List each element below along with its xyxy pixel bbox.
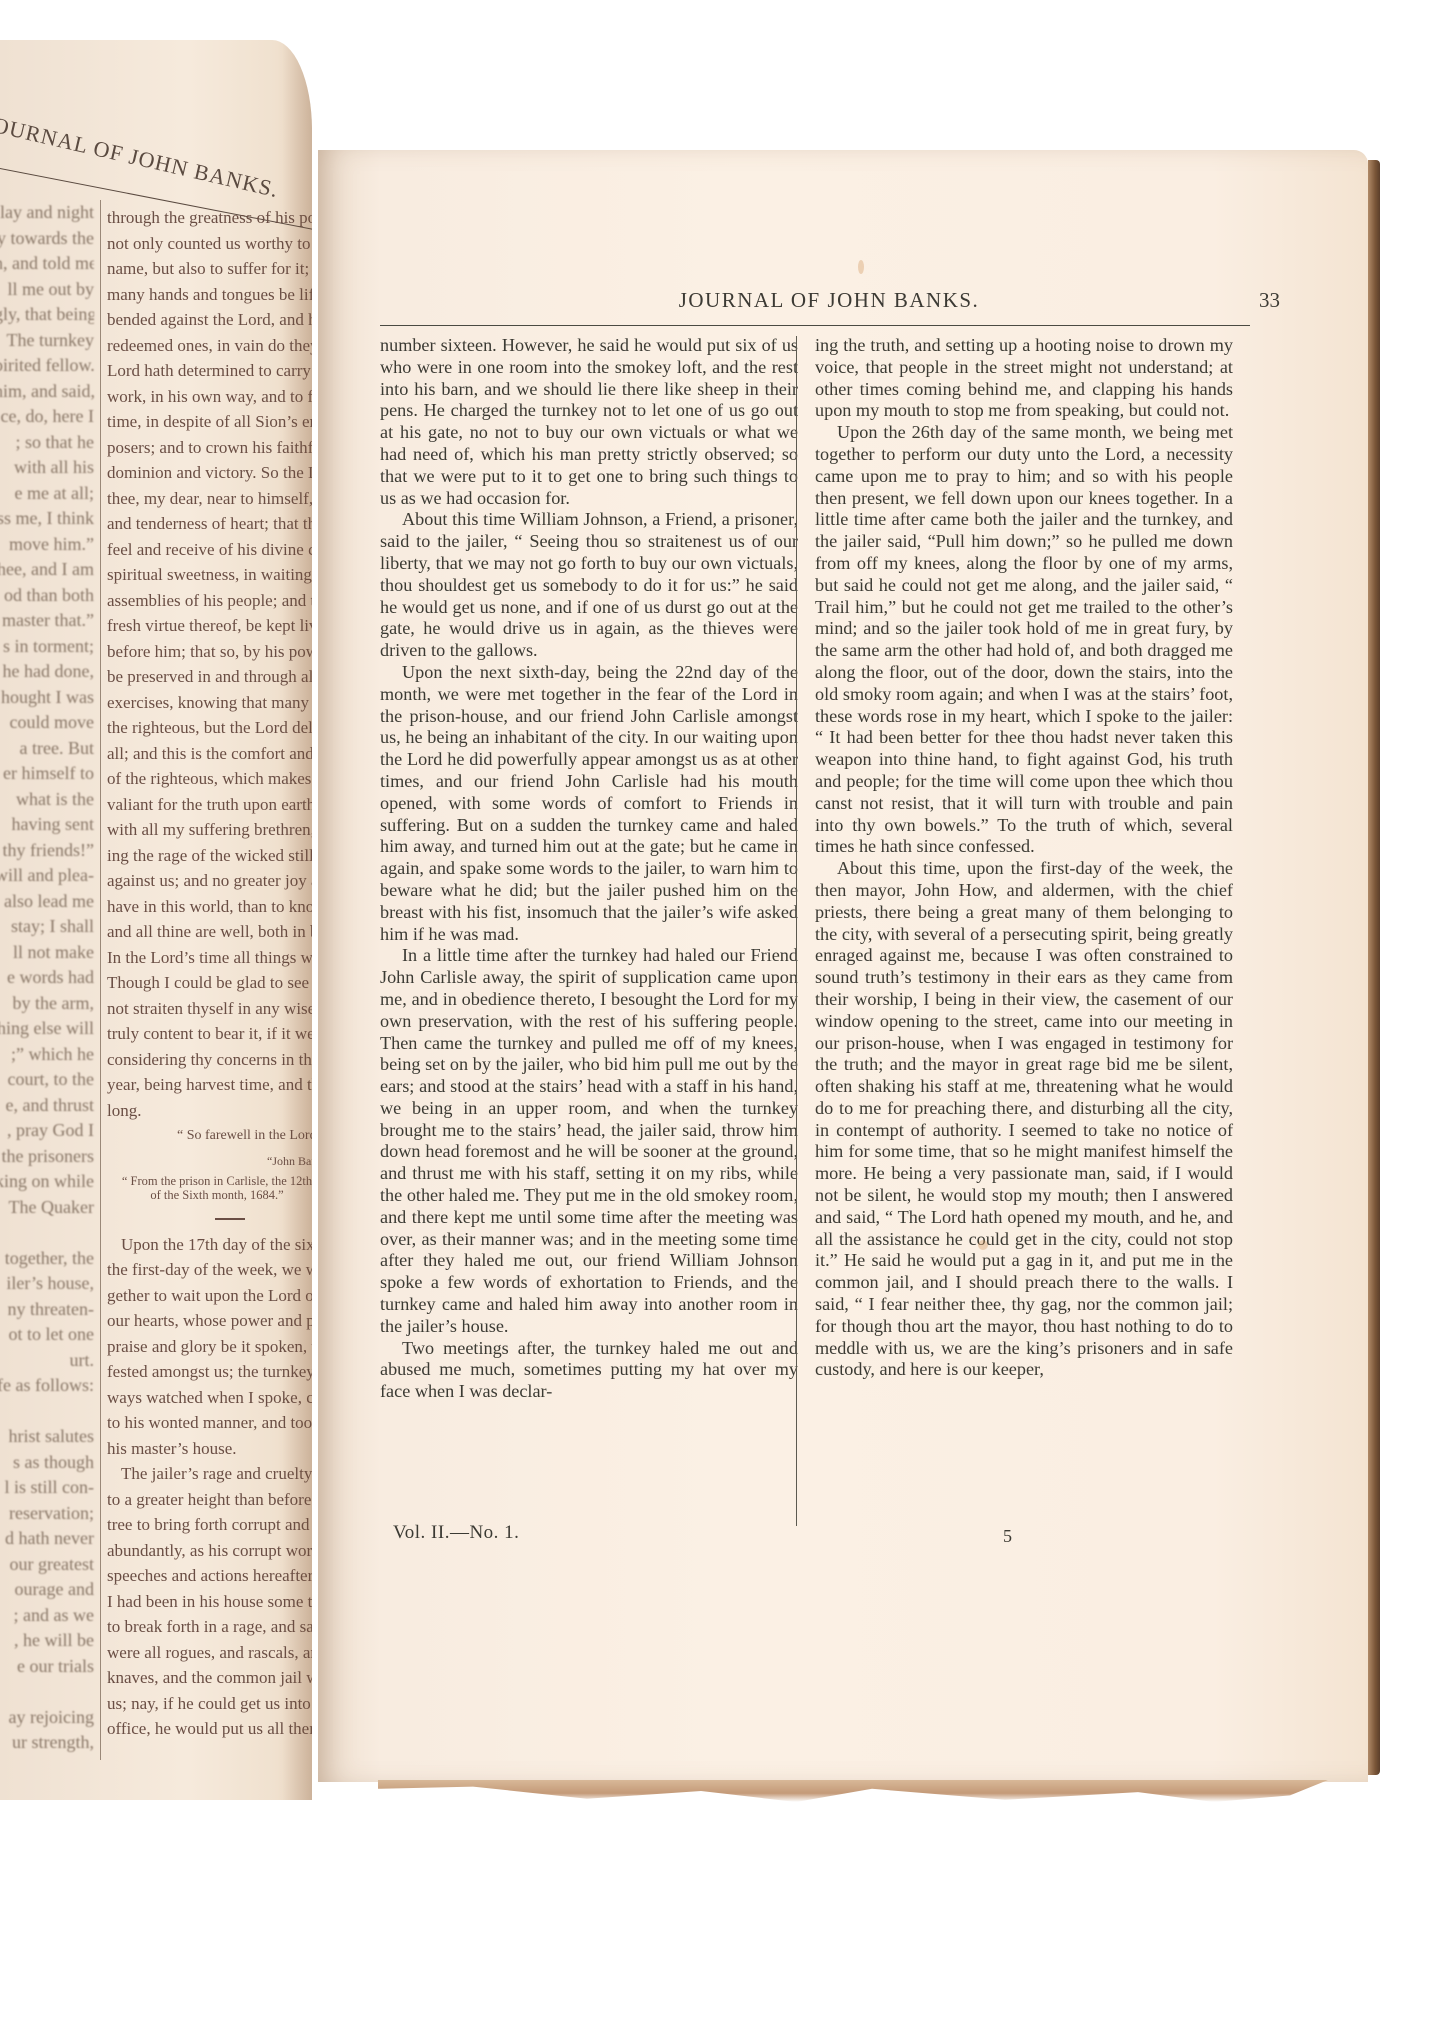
text-line: before him; that so, by his power thou m [107,639,312,665]
text-line: by the arm, [0,991,94,1017]
running-head: JOURNAL OF JOHN BANKS. 33 [378,288,1280,316]
text-line: The Quaker [0,1195,94,1221]
text-line: praise and glory be it spoken, was daily… [107,1334,312,1360]
text-line: spiritual sweetness, in waiting upon him… [107,562,312,588]
text-line: “ So farewell in the Lord. [107,1123,312,1149]
book-page-edges [1368,160,1380,1775]
text-line: urt. [0,1348,94,1374]
volume-signature-mark: Vol. II.—No. 1. [393,1522,519,1544]
text-line: lay and night [0,200,94,226]
text-line: posers; and to crown his faithful ones w [107,435,312,461]
text-line: all; and this is the comfort and encoura… [107,741,312,767]
text-line: our hearts, whose power and presence, to [107,1308,312,1334]
text-line: “ From the prison in Carlisle, the 12th … [107,1174,312,1206]
text-line: assemblies of his people; and through [107,588,312,614]
text-line: with all his [0,455,94,481]
page-number: 33 [1259,288,1280,313]
text-line: s in torment; [0,634,94,660]
text-line: him, and said, [0,379,94,405]
left-running-head: OURNAL OF JOHN BANKS. [0,112,281,203]
text-line: d hath never [0,1526,94,1552]
text-line: Though I could be glad to see thee here, [107,970,312,996]
text-line: king on while [0,1169,94,1195]
text-line: exercises, knowing that many are the tri… [107,690,312,716]
paragraph: About this time William Johnson, a Frien… [380,509,798,662]
text-line [0,1679,94,1705]
text-line: fresh virtue thereof, be kept living and… [107,613,312,639]
text-line: court, to the [0,1067,94,1093]
right-page: JOURNAL OF JOHN BANKS. 33 number sixteen… [318,150,1368,1782]
text-line: ll me out by [0,277,94,303]
text-line: y towards the [0,226,94,252]
section-rule [107,1206,312,1232]
text-line: e, and thrust [0,1093,94,1119]
paragraph: Two meetings after, the turnkey haled me… [380,1338,798,1403]
text-line: considering thy concerns in this season … [107,1047,312,1073]
text-line: ot to let one [0,1322,94,1348]
text-line: er himself to [0,761,94,787]
text-line: iler’s house, [0,1271,94,1297]
paragraph: ing the truth, and setting up a hooting … [815,335,1233,422]
text-line: , pray God I [0,1118,94,1144]
text-line: gly, that being [0,302,94,328]
paragraph: number sixteen. However, he said he woul… [380,335,798,509]
text-line: fested amongst us; the turnkey, who now [107,1359,312,1385]
text-line: ce, do, here I [0,404,94,430]
paragraph: About this time, upon the first-day of t… [815,858,1233,1381]
text-line: ourage and [0,1577,94,1603]
text-line: hing else will [0,1016,94,1042]
text-line: l is still con- [0,1475,94,1501]
text-line: work, in his own way, and to finish it i [107,384,312,410]
text-line: ay rejoicing [0,1705,94,1731]
text-line: speeches and actions hereafter testify. … [107,1563,312,1589]
paragraph: In a little time after the turnkey had h… [380,945,798,1337]
text-line: many hands and tongues be lifted up [107,282,312,308]
text-line: name, but also to suffer for it; and th [107,256,312,282]
text-line: e words had [0,965,94,991]
text-line: also lead me [0,889,94,915]
text-line: , he will be [0,1628,94,1654]
text-line: s as though [0,1450,94,1476]
text-line: bended against the Lord, and his chosen [107,307,312,333]
text-line: stay; I shall [0,914,94,940]
text-line: together, the [0,1246,94,1272]
text-line: gether to wait upon the Lord our God wit [107,1283,312,1309]
text-line [0,1220,94,1246]
text-line: not only counted us worthy to believe i [107,231,312,257]
text-line: ur strength, [0,1730,94,1756]
text-line: truly content to bear it, if it were muc… [107,1021,312,1047]
text-line: “John Ban [107,1149,312,1175]
text-line: against us; and no greater joy and comfo [107,868,312,894]
head-rule [380,325,1250,326]
text-line: n, and told me [0,251,94,277]
text-line: e me at all; [0,481,94,507]
text-line: move him.” [0,532,94,558]
text-line: year, being harvest time, and the journe… [107,1072,312,1098]
paper-stain [858,260,864,274]
text-line: ways watched when I spoke, came, accord [107,1385,312,1411]
text-column-left: number sixteen. However, he said he woul… [380,335,798,1403]
text-line: with all my suffering brethren, notwiths… [107,817,312,843]
text-line: I had been in his house some time, he be… [107,1589,312,1615]
torn-page-edge [378,1780,1328,1802]
text-line: hee, and I am [0,557,94,583]
text-line: e our trials [0,1654,94,1680]
running-head-title: JOURNAL OF JOHN BANKS. [378,288,1280,313]
text-line: Lord hath determined to carry on his [107,358,312,384]
text-line: tree to bring forth corrupt and bad frui… [107,1512,312,1538]
text-line: long. [107,1098,312,1124]
text-line: master that.” [0,608,94,634]
text-line: ing the rage of the wicked still contin [107,843,312,869]
paragraph: Upon the 26th day of the same month, we … [815,422,1233,858]
text-line: The turnkey [0,328,94,354]
text-line: ll not make [0,940,94,966]
text-line: ; and as we [0,1603,94,1629]
text-line: not straiten thyself in any wise, for I [107,996,312,1022]
text-line: office, he would put us all there, being… [107,1716,312,1742]
text-line: the righteous, but the Lord delivereth o… [107,715,312,741]
text-line: thy friends!” [0,838,94,864]
text-line: feel and receive of his divine comfort [107,537,312,563]
sheet-signature-number: 5 [1003,1526,1012,1547]
text-line: hrist salutes [0,1424,94,1450]
text-line: he had done, [0,659,94,685]
text-line: his master’s house. [107,1436,312,1462]
text-line: knaves, and the common jail was too good… [107,1665,312,1691]
text-line: Upon the 17th day of the sixth month, be [107,1232,312,1258]
text-line: fe as follows: [0,1373,94,1399]
text-line: redeemed ones, in vain do they strive; f… [107,333,312,359]
text-line: to his wonted manner, and took me away [107,1410,312,1436]
column-divider [796,336,797,1526]
text-line: through the greatness of his power, wh [107,205,312,231]
text-line: valiant for the truth upon earth. I am w [107,792,312,818]
text-line: the prisoners [0,1144,94,1170]
text-line: and all thine are well, both in body and… [107,919,312,945]
text-line: have in this world, than to know that t [107,894,312,920]
text-line: ; so that he [0,430,94,456]
text-line: the first-day of the week, we were met [107,1257,312,1283]
text-line: abundantly, as his corrupt words, wh [107,1538,312,1564]
left-column-divider [100,200,101,1760]
left-inner-column: through the greatness of his power, whno… [107,205,312,1742]
text-line: of the righteous, which makes them bold [107,766,312,792]
text-line: be preserved in and through all thy tri [107,664,312,690]
text-line: what is the [0,787,94,813]
paragraph: Upon the next sixth-day, being the 22nd … [380,662,798,945]
text-line: having sent [0,812,94,838]
text-line: and tenderness of heart; that thou m [107,511,312,537]
text-column-right: ing the truth, and setting up a hooting … [815,335,1233,1381]
text-line: reservation; [0,1501,94,1527]
text-line [0,1399,94,1425]
text-line: The jailer’s rage and cruelty began to r [107,1461,312,1487]
text-line: could move [0,710,94,736]
text-line: In the Lord’s time all things will be w [107,945,312,971]
text-line: thee, my dear, near to himself, in open [107,486,312,512]
text-line: ;” which he [0,1042,94,1068]
text-line: ny threaten- [0,1297,94,1323]
paper-stain [978,1240,988,1250]
text-line: our greatest [0,1552,94,1578]
text-line: ss me, I think [0,506,94,532]
text-line: a tree. But [0,736,94,762]
text-line: to break forth in a rage, and say, that … [107,1614,312,1640]
left-page: OURNAL OF JOHN BANKS. lay and nighty tow… [0,40,312,1800]
text-line: will and plea- [0,863,94,889]
text-line: dominion and victory. So the Lord pres [107,460,312,486]
text-line: were all rogues, and rascals, and cheati [107,1640,312,1666]
text-line: od than both [0,583,94,609]
text-line: pirited fellow. [0,353,94,379]
left-outer-column: lay and nighty towards then, and told me… [0,200,94,1756]
text-line: hought I was [0,685,94,711]
text-line: us; nay, if he could get us into the hou… [107,1691,312,1717]
text-line: to a greater height than before; and the… [107,1487,312,1513]
text-line: time, in despite of all Sion’s enemies a… [107,409,312,435]
